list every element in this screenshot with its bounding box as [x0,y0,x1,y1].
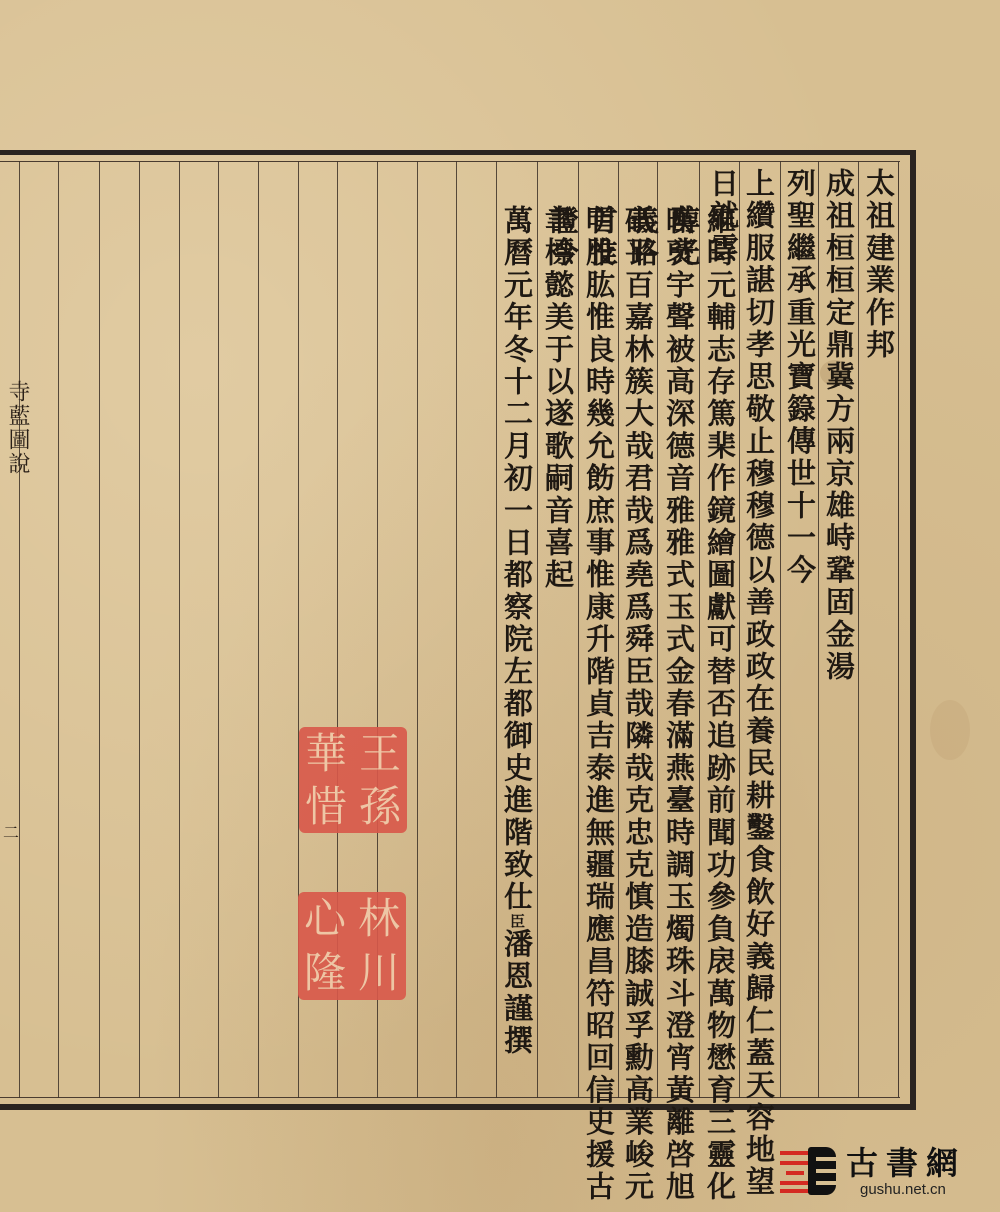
text-column-4: 上纘服諶切孝思敬止穆穆德以善政政在養民耕鑿食飲好義歸仁蓋天容地望日就雲 [741,168,777,1212]
seal-char: 孫 [353,782,407,832]
seal-char: 惜 [299,782,353,832]
text-column-8: 明股肱惟良時幾允飭庶事惟康升階貞吉泰進無疆瑞應昌符昭回信史援古證今 [581,205,617,1212]
text-column-7: 砥平百嘉林簇大哉君哉爲堯爲舜臣哉隣哉克忠克慎造膝誠孚勳高業峻元首惟 [620,205,656,1212]
text-column-5: 維時元輔志存篤棐作鏡繪圖獻可替否追跡前聞功參負扆萬物懋育三靈化醇光 [702,205,738,1212]
text-column-1: 太祖建業作邦 [861,168,897,361]
text-column-2: 成祖桓桓定鼎冀方兩京雄峙鞏固金湯 [821,168,857,683]
date-and-title: 萬曆元年冬十二月初一日都察院左都御史進階致仕 [500,205,534,913]
gushu-logo-icon [778,1147,838,1195]
column-rule [19,161,20,1098]
column-rule [139,161,140,1098]
watermark-url: gushu.net.cn [860,1181,966,1198]
column-rule [496,161,497,1098]
minister-mark: 臣 [508,913,526,928]
text-column-9: 聿標懿美于以遂歌嗣音喜起 [540,205,576,591]
column-rule [417,161,418,1098]
text-column-3: 列聖繼承重光寶籙傳世十一今 [782,168,818,587]
site-watermark: 古書網 gushu.net.cn [778,1140,978,1202]
column-rule [780,161,781,1098]
column-rule [99,161,100,1098]
paper-stain [930,700,970,760]
column-rule [258,161,259,1098]
text-column-6: 暎褎宇聲被高深德音雅雅式玉式金春滿燕臺時調玉燭珠斗澄宵黃離啓旭義路 [661,205,697,1212]
frame-border-right [910,150,916,1110]
inner-border-right [898,161,899,1098]
column-rule [218,161,219,1098]
column-rule [657,161,658,1098]
seal-char: 王 [353,729,407,779]
seal-upper: 華 王 惜 孫 [299,727,407,833]
column-rule [818,161,819,1098]
column-rule [578,161,579,1098]
margin-title: 寺藍圖說 [2,380,33,476]
column-rule [179,161,180,1098]
text-column-10: 萬曆元年冬十二月初一日都察院左都御史進階致仕臣潘恩謹撰 [499,205,535,1057]
book-page: 寺藍圖說 二 太祖建業作邦 成祖桓桓定鼎冀方兩京雄峙鞏固金湯 列聖繼承重光寶籙傳… [0,0,1000,1212]
column-rule [58,161,59,1098]
margin-page-number: 二 [3,820,19,843]
frame-border-bottom [0,1104,916,1110]
seal-char: 川 [352,948,406,998]
watermark-chinese: 古書網 [846,1145,966,1181]
column-rule [699,161,700,1098]
seal-char: 華 [299,729,353,779]
seal-char: 心 [298,894,352,944]
frame-border-top [0,150,916,155]
column-rule [537,161,538,1098]
column-rule [858,161,859,1098]
inner-border-top [0,161,900,162]
author-signature: 潘恩謹撰 [500,928,534,1057]
column-rule [739,161,740,1098]
seal-char: 林 [352,894,406,944]
seal-lower: 心 林 隆 川 [298,892,406,1000]
column-rule [618,161,619,1098]
seal-char: 隆 [298,948,352,998]
column-rule [456,161,457,1098]
